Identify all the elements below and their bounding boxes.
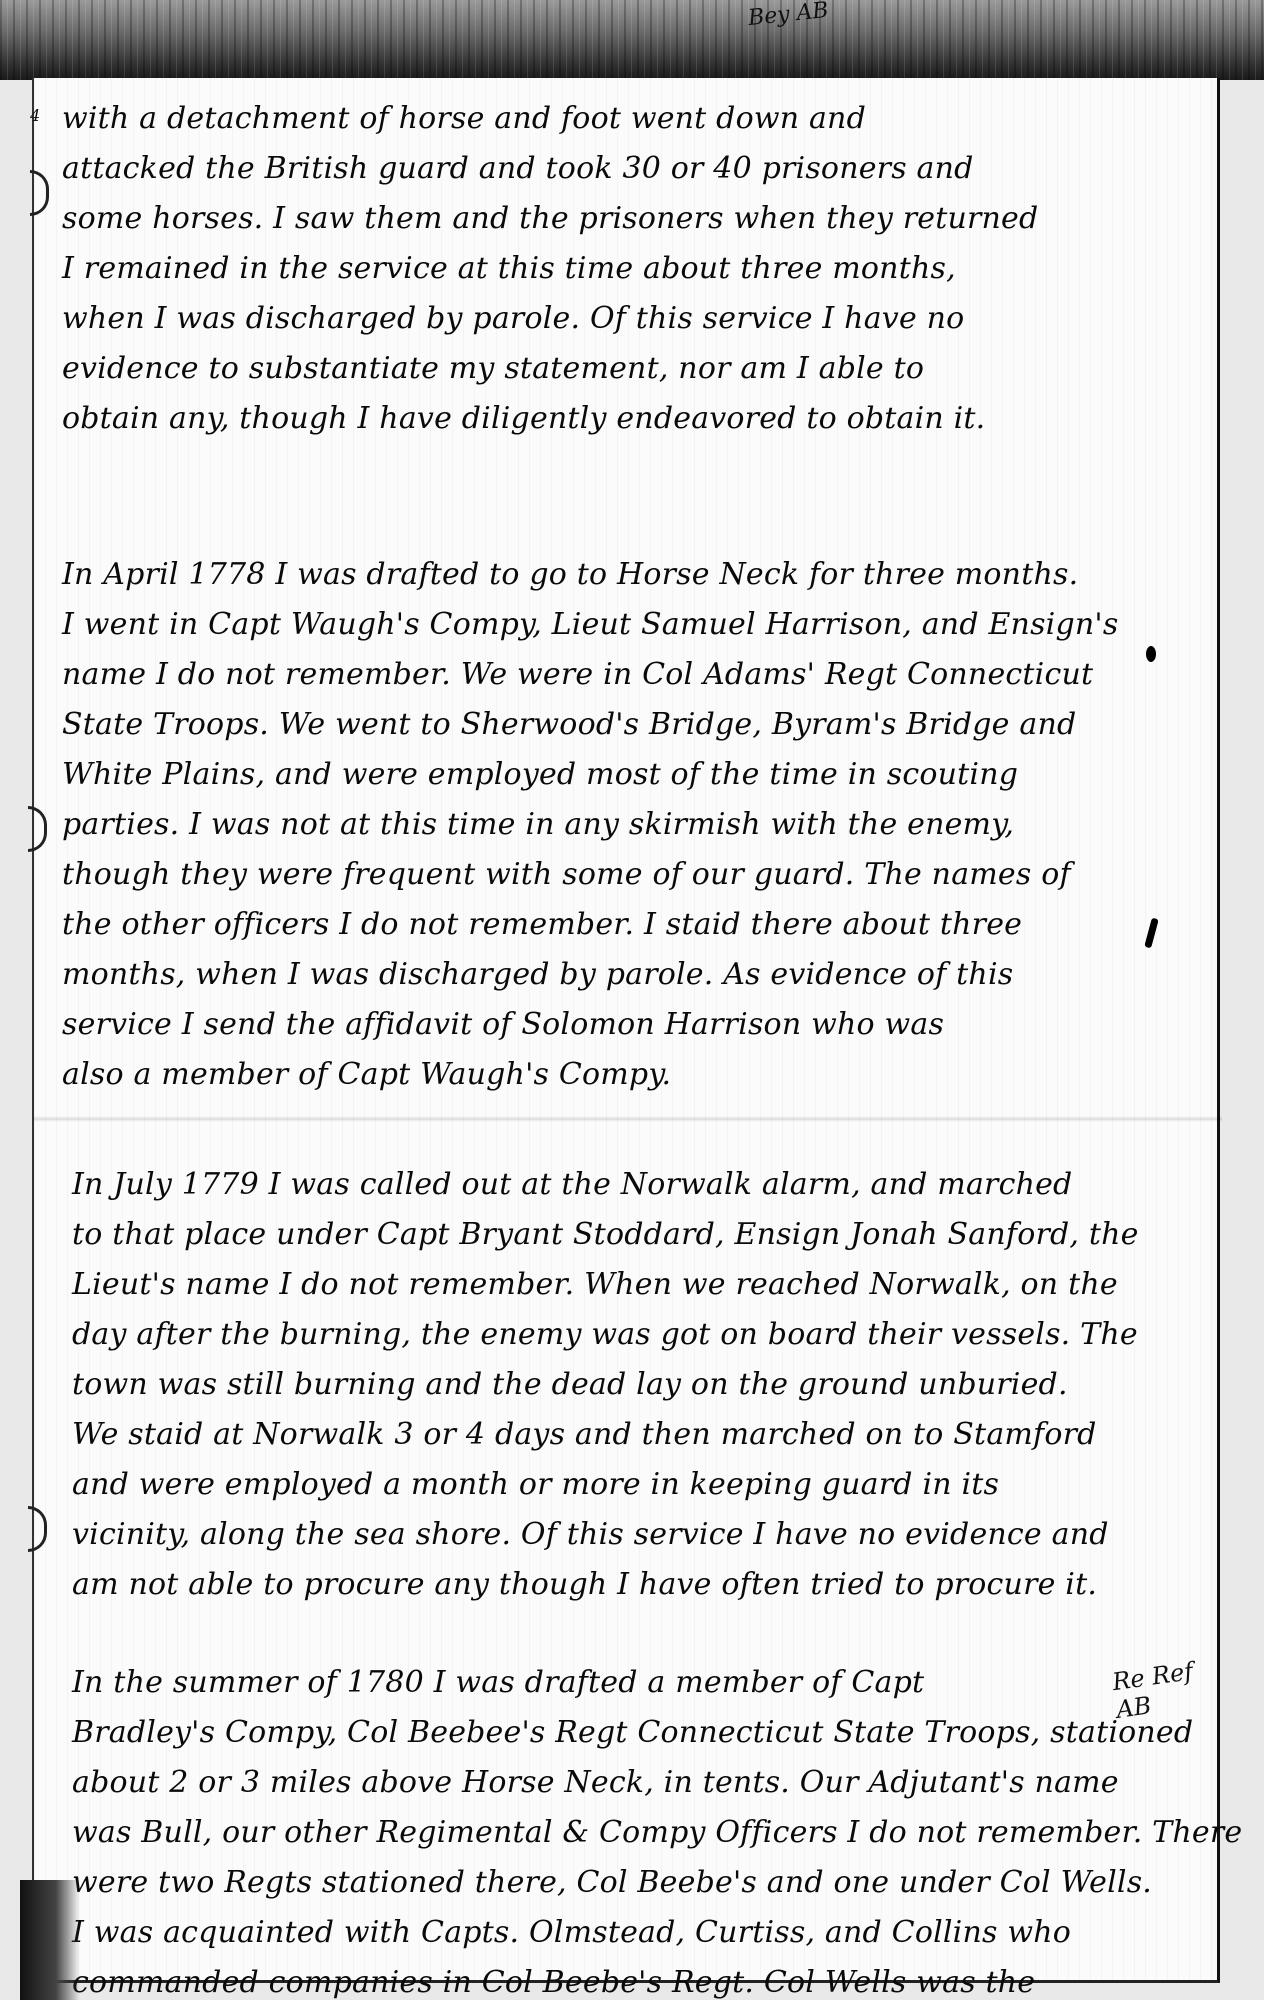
ink-blot bbox=[1144, 918, 1159, 949]
text-line: White Plains, and were employed most of … bbox=[62, 750, 1122, 800]
text-line: the other officers I do not remember. I … bbox=[62, 900, 1122, 950]
text-line: and were employed a month or more in kee… bbox=[72, 1460, 1132, 1510]
text-line: In the summer of 1780 I was drafted a me… bbox=[72, 1658, 1132, 1708]
text-line: to that place under Capt Bryant Stoddard… bbox=[72, 1210, 1132, 1260]
text-line: Lieut's name I do not remember. When we … bbox=[72, 1260, 1132, 1310]
margin-page-number: 4 bbox=[30, 106, 40, 125]
text-line: town was still burning and the dead lay … bbox=[72, 1360, 1132, 1410]
paragraph-summer-1780: In the summer of 1780 I was drafted a me… bbox=[72, 1658, 1132, 2000]
binding-hole-mark bbox=[28, 1506, 47, 1552]
paragraph-july-1779: In July 1779 I was called out at the Nor… bbox=[72, 1160, 1132, 1610]
text-line: In July 1779 I was called out at the Nor… bbox=[72, 1160, 1132, 1210]
text-line: months, when I was discharged by parole.… bbox=[62, 950, 1122, 1000]
text-line: I remained in the service at this time a… bbox=[62, 244, 1122, 294]
ink-blot bbox=[1146, 646, 1156, 662]
text-line: obtain any, though I have diligently end… bbox=[62, 394, 1122, 444]
text-line: commanded companies in Col Beebe's Regt.… bbox=[72, 1958, 1132, 2000]
paragraph-continuation: with a detachment of horse and foot went… bbox=[62, 94, 1122, 444]
text-line: I went in Capt Waugh's Compy, Lieut Samu… bbox=[62, 600, 1122, 650]
text-line: when I was discharged by parole. Of this… bbox=[62, 294, 1122, 344]
scan-top-shadow-band bbox=[0, 0, 1264, 80]
text-line: though they were frequent with some of o… bbox=[62, 850, 1122, 900]
binding-hole-mark bbox=[28, 806, 47, 852]
text-line: Bradley's Compy, Col Beebee's Regt Conne… bbox=[72, 1708, 1132, 1758]
text-line: name I do not remember. We were in Col A… bbox=[62, 650, 1122, 700]
text-line: We staid at Norwalk 3 or 4 days and then… bbox=[72, 1410, 1132, 1460]
text-line: I was acquainted with Capts. Olmstead, C… bbox=[72, 1908, 1132, 1958]
text-line: about 2 or 3 miles above Horse Neck, in … bbox=[72, 1758, 1132, 1808]
text-line: am not able to procure any though I have… bbox=[72, 1560, 1132, 1610]
paragraph-april-1778: In April 1778 I was drafted to go to Hor… bbox=[62, 550, 1122, 1100]
text-line: was Bull, our other Regimental & Compy O… bbox=[72, 1808, 1132, 1858]
text-line: attacked the British guard and took 30 o… bbox=[62, 144, 1122, 194]
text-line: parties. I was not at this time in any s… bbox=[62, 800, 1122, 850]
binding-hole-mark bbox=[30, 170, 49, 216]
scanned-page-background: Bey AB 4 Re Ref AB with a detachment of … bbox=[0, 0, 1264, 2000]
text-line: day after the burning, the enemy was got… bbox=[72, 1310, 1132, 1360]
page-fold-line bbox=[34, 1116, 1222, 1122]
text-line: service I send the affidavit of Solomon … bbox=[62, 1000, 1122, 1050]
text-line: were two Regts stationed there, Col Beeb… bbox=[72, 1858, 1132, 1908]
text-line: some horses. I saw them and the prisoner… bbox=[62, 194, 1122, 244]
text-line: State Troops. We went to Sherwood's Brid… bbox=[62, 700, 1122, 750]
text-line: vicinity, along the sea shore. Of this s… bbox=[72, 1510, 1132, 1560]
manuscript-page: 4 Re Ref AB with a detachment of horse a… bbox=[32, 78, 1220, 1983]
text-line: evidence to substantiate my statement, n… bbox=[62, 344, 1122, 394]
text-line: also a member of Capt Waugh's Compy. bbox=[62, 1050, 1122, 1100]
scan-bottom-left-shadow bbox=[20, 1880, 80, 2000]
text-line: In April 1778 I was drafted to go to Hor… bbox=[62, 550, 1122, 600]
text-line: with a detachment of horse and foot went… bbox=[62, 94, 1122, 144]
